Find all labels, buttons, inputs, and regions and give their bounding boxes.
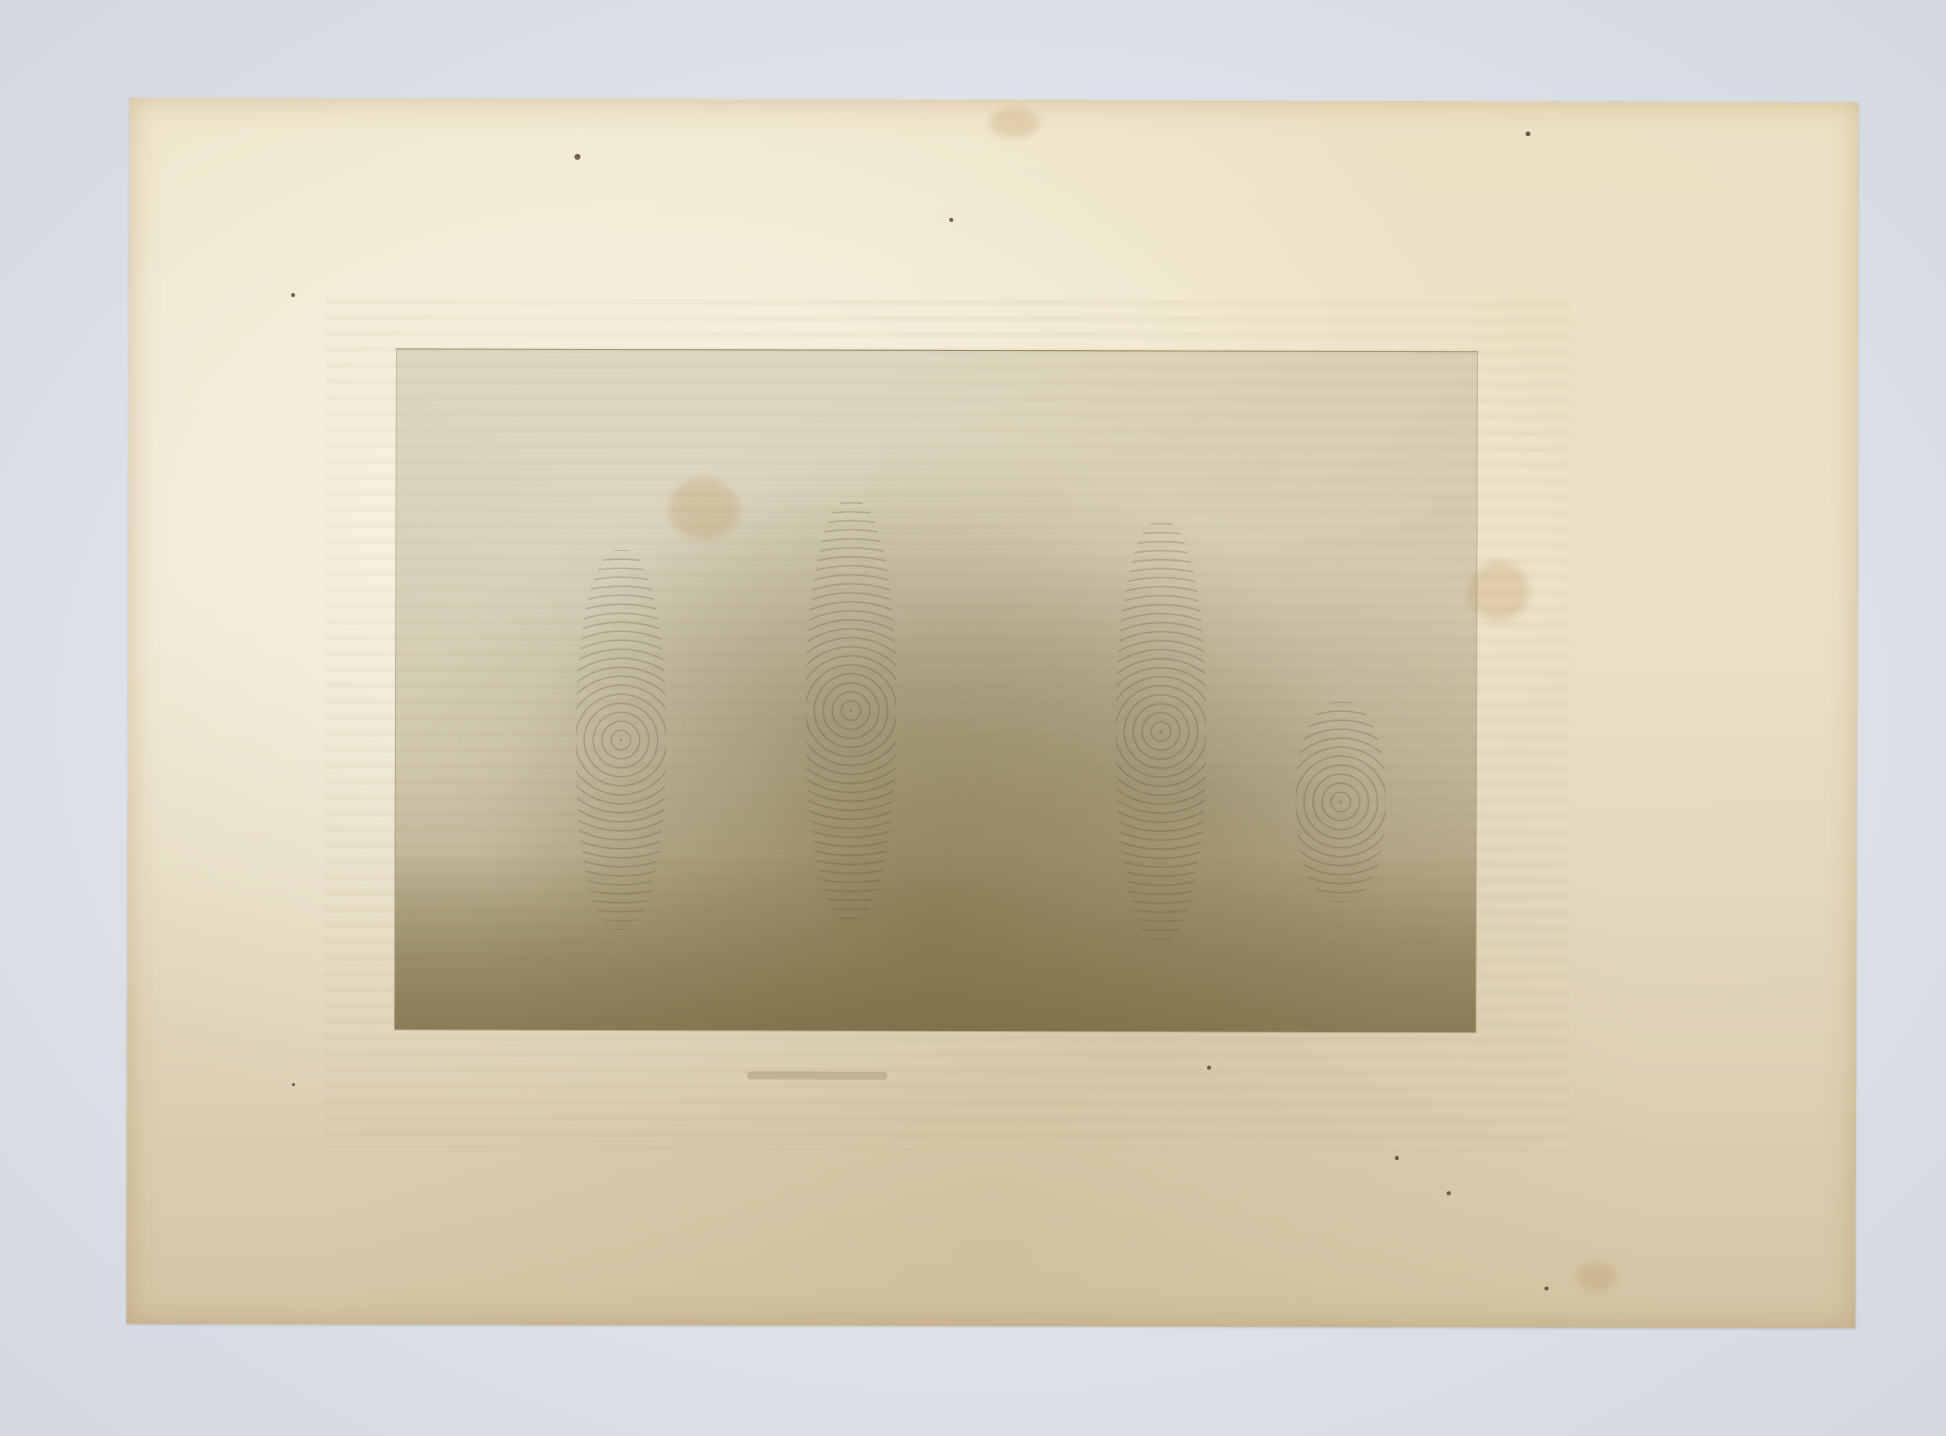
- bleed-through-ground: [395, 849, 1475, 1032]
- foxing-spot: [1526, 131, 1531, 136]
- foxing-spot: [949, 218, 953, 222]
- foxing-spot: [292, 1083, 295, 1086]
- paper-stain: [990, 108, 1040, 138]
- foxing-spot: [1395, 1156, 1399, 1160]
- bleed-through-engraving-plate: [394, 348, 1478, 1033]
- foxing-spot: [1447, 1191, 1451, 1195]
- foxing-spot: [574, 154, 580, 160]
- paper-stain: [1468, 561, 1528, 621]
- paper-stain: [1576, 1262, 1616, 1292]
- paper-stain: [668, 479, 738, 539]
- foxing-spot: [291, 293, 295, 297]
- paper-sheet: [126, 98, 1858, 1329]
- foxing-spot: [1544, 1286, 1548, 1290]
- bleed-through-caption: [747, 1071, 887, 1079]
- foxing-spot: [1207, 1066, 1211, 1070]
